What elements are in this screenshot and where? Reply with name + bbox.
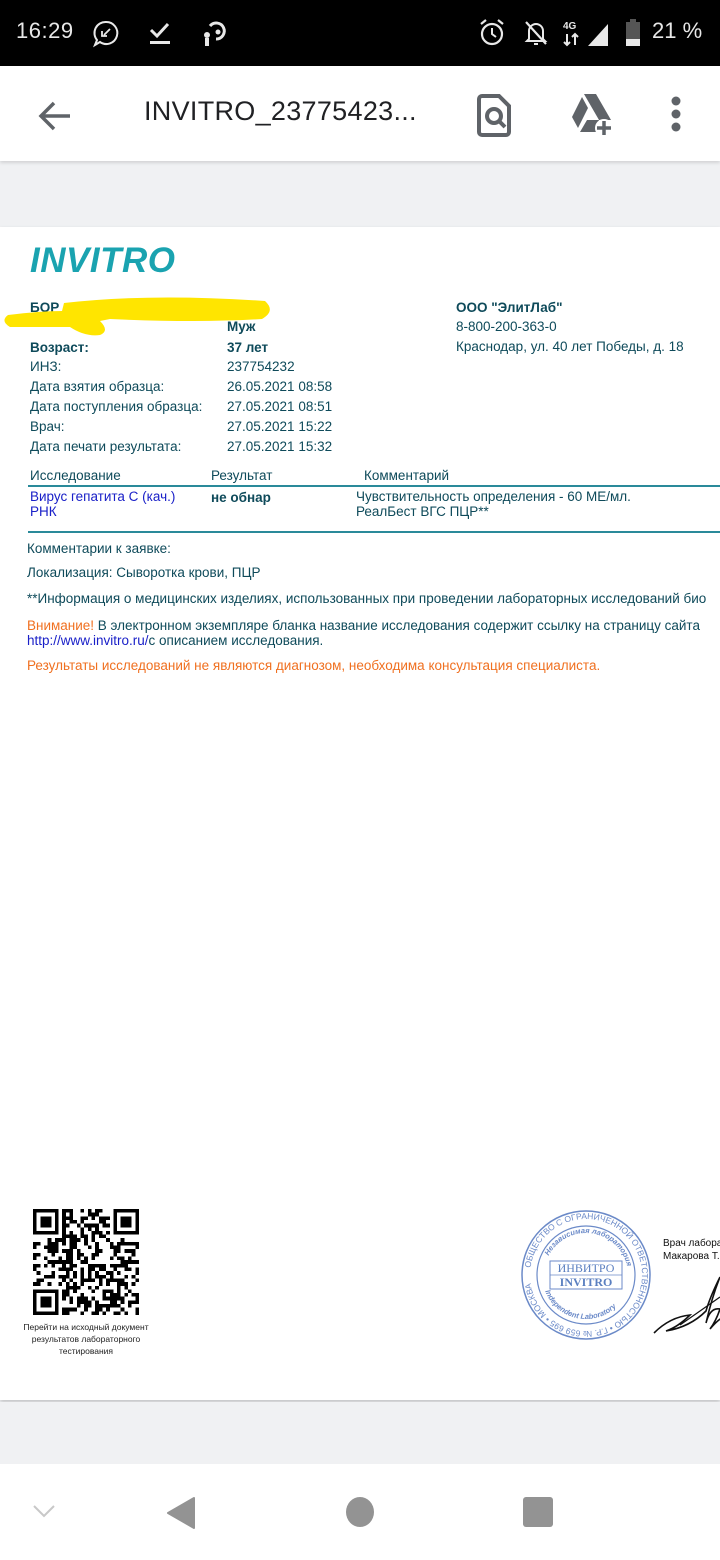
- test-result: не обнар: [211, 490, 271, 505]
- field-value-inz: 237754232: [227, 359, 295, 374]
- more-vert-icon[interactable]: [651, 90, 701, 140]
- table-header-test: Исследование: [30, 468, 121, 483]
- svg-text:INVITRO: INVITRO: [560, 1275, 613, 1289]
- svg-text:Independent Laboratory: Independent Laboratory: [543, 1288, 618, 1321]
- document-title: INVITRO_23775423...: [144, 96, 417, 127]
- site-link-suffix: с описанием исследования.: [149, 633, 324, 648]
- qr-caption: Перейти на исходный документ результатов…: [20, 1321, 152, 1357]
- attention-label: Внимание!: [27, 618, 94, 633]
- medical-devices-note: **Информация о медицинских изделиях, исп…: [27, 591, 706, 606]
- field-label-sample-date: Дата взятия образца:: [30, 379, 164, 394]
- signature: [650, 1267, 720, 1342]
- messenger-icon: [92, 18, 120, 48]
- localization-text: Локализация: Сыворотка крови, ПЦР: [27, 565, 260, 580]
- invitro-stamp: ОБЩЕСТВО С ОГРАНИЧЕННОЙ ОТВЕТСТВЕННОСТЬЮ…: [520, 1209, 652, 1341]
- order-comments-label: Комментарии к заявке:: [27, 541, 171, 556]
- test-comment: Чувствительность определения - 60 МЕ/мл.: [356, 489, 631, 504]
- alarm-icon: [478, 18, 506, 48]
- app-bar: INVITRO_23775423...: [0, 66, 720, 161]
- lab-address: Краснодар, ул. 40 лет Победы, д. 18: [456, 339, 684, 354]
- lab-phone: 8-800-200-363-0: [456, 319, 557, 334]
- site-link[interactable]: http://www.invitro.ru/: [27, 633, 149, 648]
- sex-value: Муж: [227, 319, 256, 334]
- field-label-doctor: Врач:: [30, 419, 65, 434]
- field-label-receipt-date: Дата поступления образца:: [30, 399, 202, 414]
- lab-name: ООО "ЭлитЛаб": [456, 300, 562, 315]
- age-label: Возраст:: [30, 340, 89, 355]
- battery-icon: [624, 18, 642, 48]
- add-to-drive-icon[interactable]: [566, 90, 616, 140]
- recents-square-icon[interactable]: [522, 1496, 554, 1528]
- test-comment-line2: РеалБест ВГС ПЦР**: [356, 504, 489, 519]
- find-in-document-icon[interactable]: [470, 90, 520, 140]
- signature-role: Врач лабора: [663, 1238, 720, 1249]
- back-triangle-icon[interactable]: [164, 1496, 198, 1530]
- attention-note: Внимание! В электронном экземпляре бланк…: [27, 618, 700, 633]
- disclaimer: Результаты исследований не являются диаг…: [27, 658, 600, 673]
- hotspot-icon: [198, 18, 228, 48]
- test-name-link-line2[interactable]: РНК: [30, 504, 57, 519]
- viewer-background-bottom: [0, 1402, 720, 1464]
- svg-text:ИНВИТРО: ИНВИТРО: [558, 1261, 615, 1275]
- network-4g-icon: 4G: [560, 18, 584, 48]
- qr-code[interactable]: [33, 1209, 139, 1315]
- status-time: 16:29: [16, 18, 74, 44]
- signal-icon: [586, 18, 612, 48]
- field-value-sample-date: 26.05.2021 08:58: [227, 379, 332, 394]
- signature-name: Макарова Т.: [663, 1251, 720, 1262]
- invitro-logo: INVITRO: [30, 241, 175, 281]
- back-arrow-icon[interactable]: [34, 96, 74, 136]
- notifications-off-icon: [522, 18, 550, 48]
- system-nav-bar: [0, 1464, 720, 1560]
- attention-text: В электронном экземпляре бланка название…: [94, 618, 700, 633]
- home-circle-icon[interactable]: [345, 1496, 375, 1528]
- field-label-print-date: Дата печати результата:: [30, 439, 181, 454]
- collapse-chevron-icon[interactable]: [30, 1500, 58, 1524]
- site-link-line: http://www.invitro.ru/с описанием исслед…: [27, 633, 323, 648]
- svg-text:4G: 4G: [563, 21, 577, 32]
- age-value: 37 лет: [227, 340, 268, 355]
- field-value-receipt-date: 27.05.2021 08:51: [227, 399, 332, 414]
- table-header-comment: Комментарий: [364, 468, 449, 483]
- field-label-inz: ИНЗ:: [30, 359, 61, 374]
- table-header-result: Результат: [211, 468, 272, 483]
- download-done-icon: [148, 18, 172, 48]
- battery-percent: 21 %: [652, 18, 702, 44]
- document-page[interactable]: INVITRO БОР Муж Возраст: 37 лет ИНЗ: 237…: [0, 227, 720, 1400]
- field-value-doctor: 27.05.2021 15:22: [227, 419, 332, 434]
- table-bottom-divider: [28, 531, 720, 533]
- viewer-background: [0, 161, 720, 227]
- status-bar: 16:29 4G 21 %: [0, 0, 720, 66]
- table-header-divider: [28, 485, 720, 487]
- field-value-print-date: 27.05.2021 15:32: [227, 439, 332, 454]
- test-name-link[interactable]: Вирус гепатита С (кач.): [30, 489, 175, 504]
